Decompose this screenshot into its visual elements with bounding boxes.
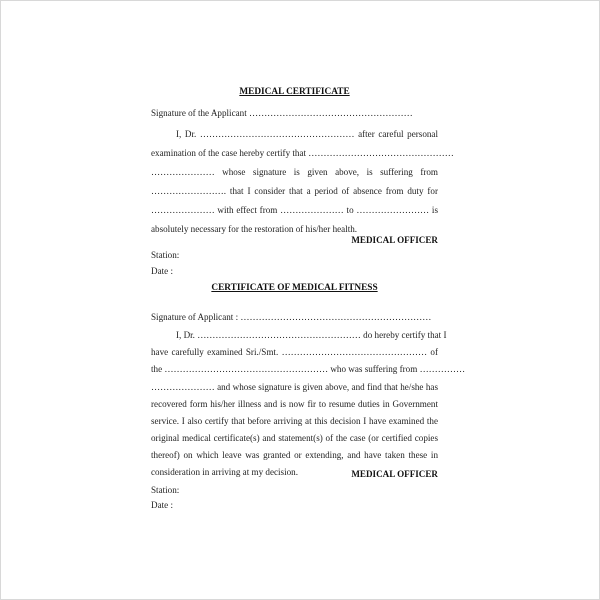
signature-of-applicant-line: Signature of the Applicant …………………………………… — [151, 106, 438, 121]
decision-line: service. I also certify that before arri… — [151, 414, 438, 429]
fitness-signature-line: Signature of Applicant : ………………………………………… — [151, 310, 438, 325]
medical-fitness-title: CERTIFICATE OF MEDICAL FITNESS — [151, 281, 438, 296]
examined-line: have carefully examined Sri./Smt. ………………… — [151, 345, 438, 360]
doctor-line: I, Dr. …………………………………………… after careful p… — [151, 127, 438, 142]
fitness-doctor-line: I, Dr. ……………………………………………… do hereby cert… — [151, 328, 438, 343]
station-label: Station: — [151, 248, 438, 263]
fitness-date-label: Date : — [151, 498, 438, 513]
suffering-from-line: the ……………………………………………… who was suffering… — [151, 362, 438, 377]
recovered-signature-line: ………………… and whose signature is given abo… — [151, 380, 438, 395]
certificates-line: original medical certificate(s) and stat… — [151, 431, 438, 446]
medical-certificate-title: MEDICAL CERTIFICATE — [151, 85, 438, 100]
fitness-medical-officer-label: MEDICAL OFFICER — [351, 467, 438, 482]
resume-duties-line: recovered form his/her illness and is no… — [151, 397, 438, 412]
date-label: Date : — [151, 264, 438, 279]
leave-granted-line: thereof) on which leave was granted or e… — [151, 448, 438, 463]
effect-from-line: ………………… with effect from ………………… to …………… — [151, 203, 438, 218]
fitness-station-label: Station: — [151, 483, 438, 498]
examination-line: examination of the case hereby certify t… — [151, 146, 438, 161]
suffering-line: ………………… whose signature is given above, … — [151, 165, 438, 180]
absence-line: ……………………. that I consider that a period … — [151, 184, 438, 199]
medical-officer-label: MEDICAL OFFICER — [351, 233, 438, 248]
